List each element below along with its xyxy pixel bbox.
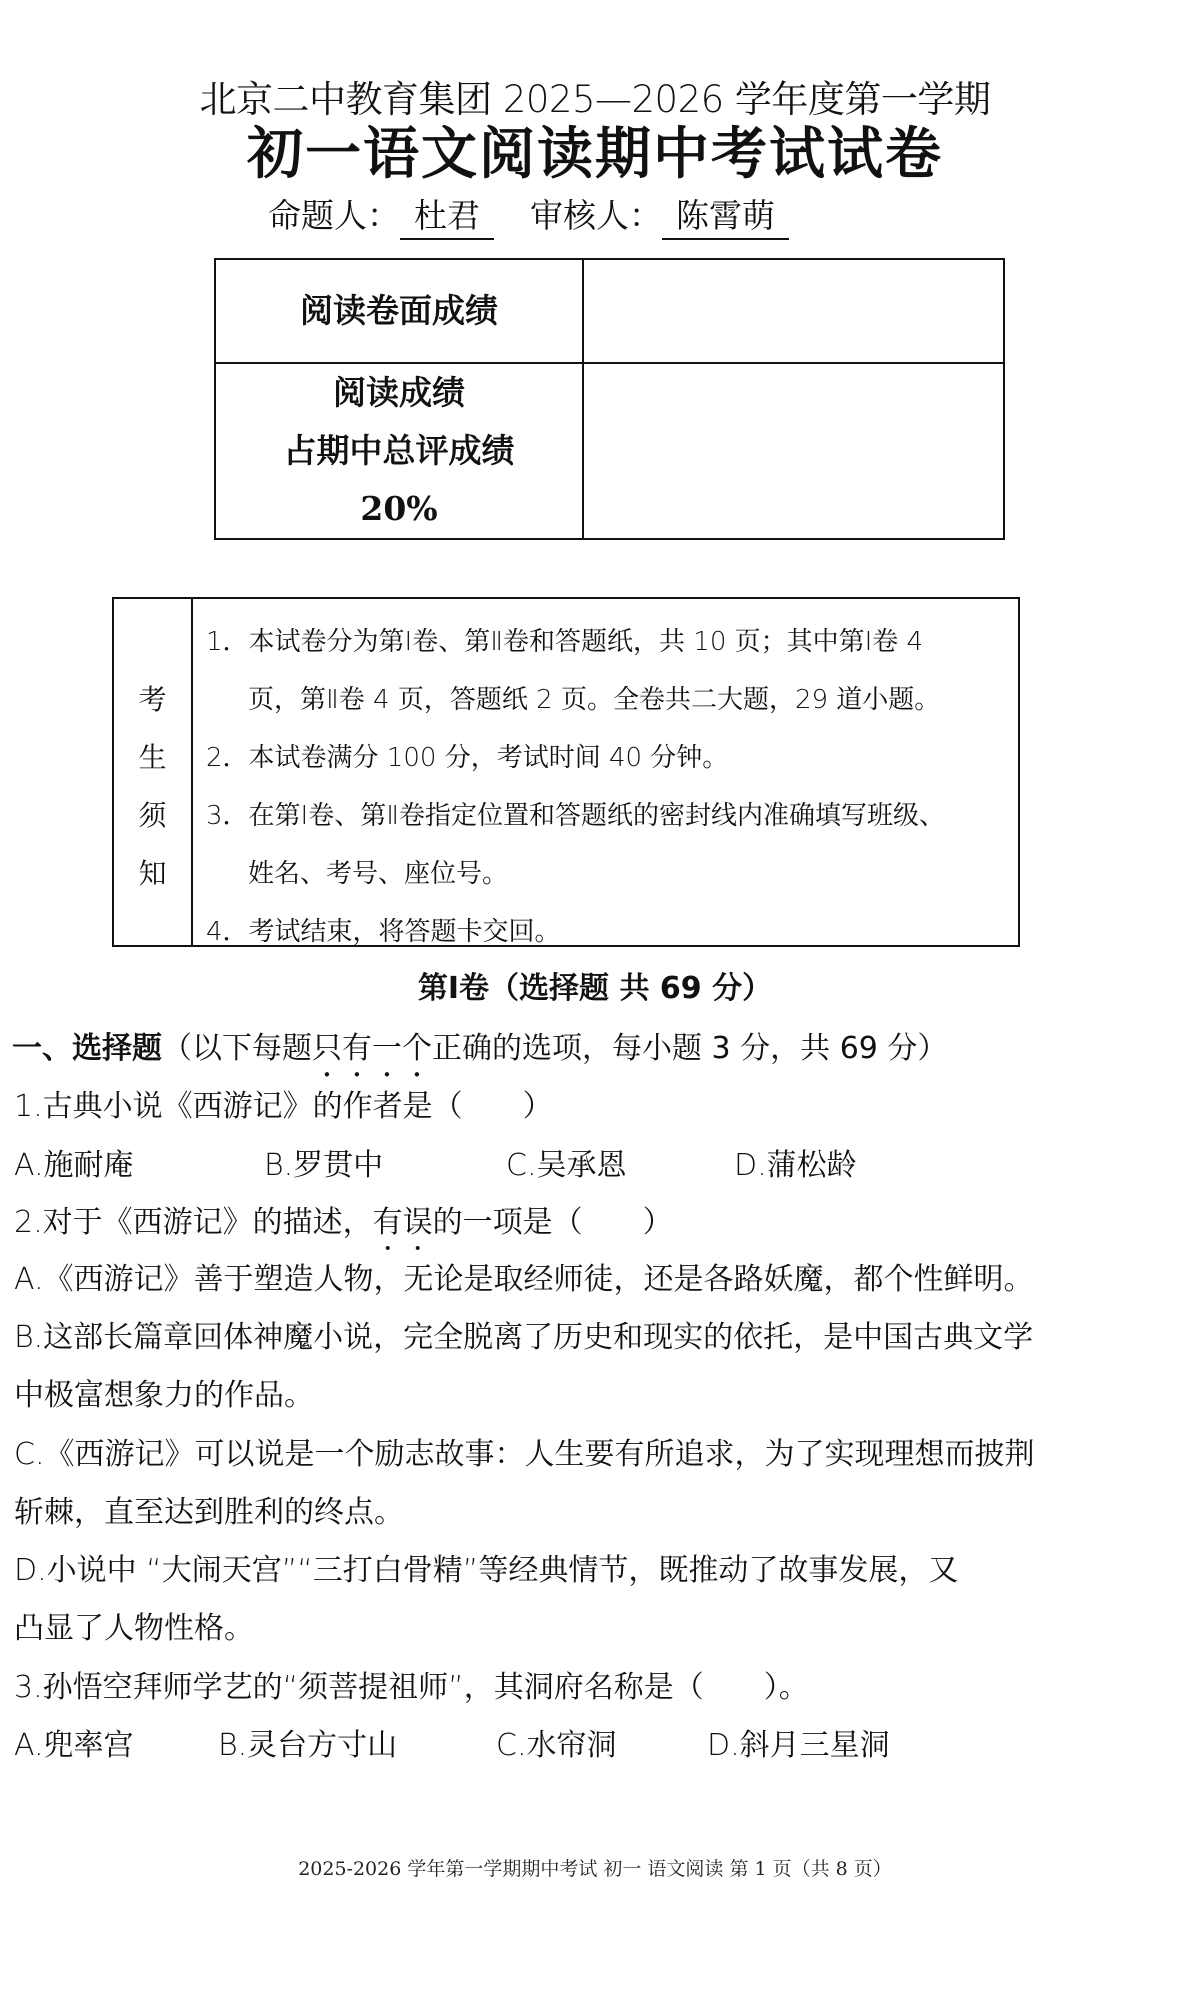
question-2-stem-pre: 2.对于《西游记》的描述，	[14, 1205, 373, 1240]
question-1-stem: 1.古典小说《西游记》的作者是（ ）	[14, 1083, 553, 1131]
score-label-line: 阅读成绩	[216, 364, 582, 422]
question-3-stem: 3.孙悟空拜师学艺的“须菩提祖师”，其洞府名称是（ ）。	[14, 1664, 809, 1712]
notice-item-2: 2．本试卷满分 100 分，考试时间 40 分钟。	[206, 729, 1010, 787]
score-label-paper: 阅读卷面成绩	[216, 260, 582, 362]
notice-item-3: 3．在第Ⅰ卷、第Ⅱ卷指定位置和答题纸的密封线内准确填写班级、	[206, 787, 1010, 845]
notice-label-char: 考	[114, 671, 191, 729]
score-percent: 20%	[216, 480, 582, 538]
notice-item-4: 4．考试结束，将答题卡交回。	[206, 903, 1010, 961]
question-2-stem-post: 的一项是（ ）	[433, 1205, 673, 1240]
part-note-pre: （以下每题	[162, 1031, 312, 1066]
notice-label-char: 知	[114, 845, 191, 903]
section-heading: 第Ⅰ卷（选择题 共 69 分）	[0, 965, 1190, 1013]
question-2-option-d-cont[interactable]: 凸显了人物性格。	[14, 1605, 254, 1653]
notice-item-1: 1．本试卷分为第Ⅰ卷、第Ⅱ卷和答题纸，共 10 页；其中第Ⅰ卷 4	[206, 613, 1010, 671]
author-name: 杜君	[400, 194, 494, 240]
score-value-weighted[interactable]	[584, 364, 1003, 538]
score-value-paper[interactable]	[584, 260, 1003, 362]
question-1-options: A.施耐庵 B.罗贯中 C.吴承恩 D.蒲松龄	[14, 1142, 1184, 1190]
part-note-post: 正确的选项，每小题 3 分，共 69 分）	[432, 1031, 947, 1066]
school-year-line: 北京二中教育集团 2025—2026 学年度第一学期	[0, 78, 1190, 122]
reviewer-name: 陈霄萌	[662, 194, 789, 240]
author-line: 命题人：杜君审核人：陈霄萌	[268, 194, 789, 240]
exam-notice-box: 考 生 须 知 1．本试卷分为第Ⅰ卷、第Ⅱ卷和答题纸，共 10 页；其中第Ⅰ卷 …	[112, 597, 1020, 947]
notice-item-1-cont: 页，第Ⅱ卷 4 页，答题纸 2 页。全卷共二大题，29 道小题。	[206, 671, 1010, 729]
question-2-stem: 2.对于《西游记》的描述，有误的一项是（ ）	[14, 1199, 673, 1257]
question-1-option-b[interactable]: B.罗贯中	[264, 1142, 383, 1190]
part-note-emphasis: 只有一个	[312, 1031, 432, 1066]
notice-label-char: 须	[114, 787, 191, 845]
question-2-option-c-cont[interactable]: 斩棘，直至达到胜利的终点。	[14, 1489, 404, 1537]
question-2-option-c[interactable]: C.《西游记》可以说是一个励志故事：人生要有所追求，为了实现理想而披荆	[14, 1431, 1034, 1479]
exam-title: 初一语文阅读期中考试试卷	[0, 122, 1190, 188]
question-3-option-d[interactable]: D.斜月三星洞	[707, 1722, 890, 1770]
part-heading: 一、选择题（以下每题只有一个正确的选项，每小题 3 分，共 69 分）	[12, 1025, 947, 1084]
score-label-weighted: 阅读成绩 占期中总评成绩 20%	[216, 364, 582, 540]
question-2-option-d[interactable]: D.小说中 “大闹天宫”“三打白骨精”等经典情节，既推动了故事发展，又	[14, 1547, 958, 1595]
author-label: 命题人：	[268, 196, 400, 235]
question-3-option-a[interactable]: A.兜率宫	[14, 1722, 134, 1770]
reviewer-label: 审核人：	[530, 196, 662, 235]
notice-label-char: 生	[114, 729, 191, 787]
question-1-option-c[interactable]: C.吴承恩	[506, 1142, 626, 1190]
question-3-option-c[interactable]: C.水帘洞	[496, 1722, 616, 1770]
page-footer: 2025-2026 学年第一学期期中考试 初一 语文阅读 第 1 页（共 8 页…	[0, 1854, 1190, 1884]
question-3-option-b[interactable]: B.灵台方寸山	[218, 1722, 397, 1770]
notice-list: 1．本试卷分为第Ⅰ卷、第Ⅱ卷和答题纸，共 10 页；其中第Ⅰ卷 4 页，第Ⅱ卷 …	[206, 613, 1010, 961]
question-1-option-d[interactable]: D.蒲松龄	[734, 1142, 857, 1190]
score-label-line: 占期中总评成绩	[216, 422, 582, 480]
question-2-option-b-cont[interactable]: 中极富想象力的作品。	[14, 1372, 314, 1420]
question-2-stem-emphasis: 有误	[373, 1205, 433, 1240]
question-2-option-b[interactable]: B.这部长篇章回体神魔小说，完全脱离了历史和现实的依托，是中国古典文学	[14, 1314, 1033, 1362]
notice-item-3-cont: 姓名、考号、座位号。	[206, 845, 1010, 903]
notice-label: 考 生 须 知	[114, 671, 191, 903]
question-2-option-a[interactable]: A.《西游记》善于塑造人物，无论是取经师徒，还是各路妖魔，都个性鲜明。	[14, 1256, 1034, 1304]
notice-divider	[191, 599, 193, 945]
score-table: 阅读卷面成绩 阅读成绩 占期中总评成绩 20%	[214, 258, 1005, 540]
part-title: 一、选择题	[12, 1031, 162, 1066]
question-3-options: A.兜率宫 B.灵台方寸山 C.水帘洞 D.斜月三星洞	[14, 1722, 1184, 1770]
question-1-option-a[interactable]: A.施耐庵	[14, 1142, 134, 1190]
